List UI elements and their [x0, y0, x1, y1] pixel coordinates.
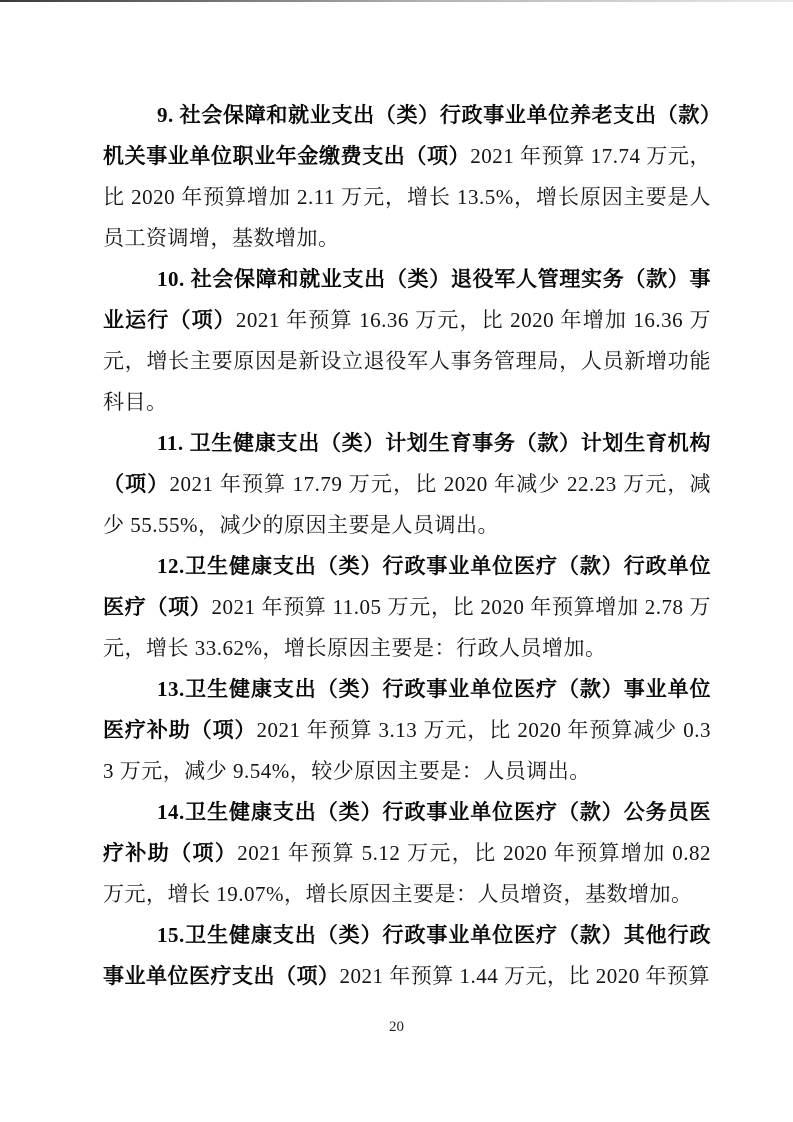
document-page: 9. 社会保障和就业支出（类）行政事业单位养老支出（款）机关事业单位职业年金缴费…: [0, 0, 793, 1122]
budget-item-paragraph-10: 10. 社会保障和就业支出（类）退役军人管理实务（款）事业运行（项）2021 年…: [103, 259, 711, 423]
document-body: 9. 社会保障和就业支出（类）行政事业单位养老支出（款）机关事业单位职业年金缴费…: [103, 95, 711, 997]
budget-item-paragraph-14: 14.卫生健康支出（类）行政事业单位医疗（款）公务员医疗补助（项）2021 年预…: [103, 792, 711, 915]
budget-item-paragraph-15: 15.卫生健康支出（类）行政事业单位医疗（款）其他行政事业单位医疗支出（项）20…: [103, 915, 711, 997]
budget-item-paragraph-11: 11. 卫生健康支出（类）计划生育事务（款）计划生育机构（项）2021 年预算 …: [103, 423, 711, 546]
page-number: 20: [0, 1019, 793, 1036]
budget-item-text: 2021 年预算 17.79 万元，比 2020 年减少 22.23 万元，减少…: [103, 472, 711, 537]
scan-edge-artifact: [0, 0, 793, 2]
budget-item-paragraph-9: 9. 社会保障和就业支出（类）行政事业单位养老支出（款）机关事业单位职业年金缴费…: [103, 95, 711, 259]
budget-item-paragraph-13: 13.卫生健康支出（类）行政事业单位医疗（款）事业单位医疗补助（项）2021 年…: [103, 669, 711, 792]
budget-item-text: 2021 年预算 1.44 万元，比 2020 年预算: [340, 964, 711, 988]
budget-item-paragraph-12: 12.卫生健康支出（类）行政事业单位医疗（款）行政单位医疗（项）2021 年预算…: [103, 546, 711, 669]
